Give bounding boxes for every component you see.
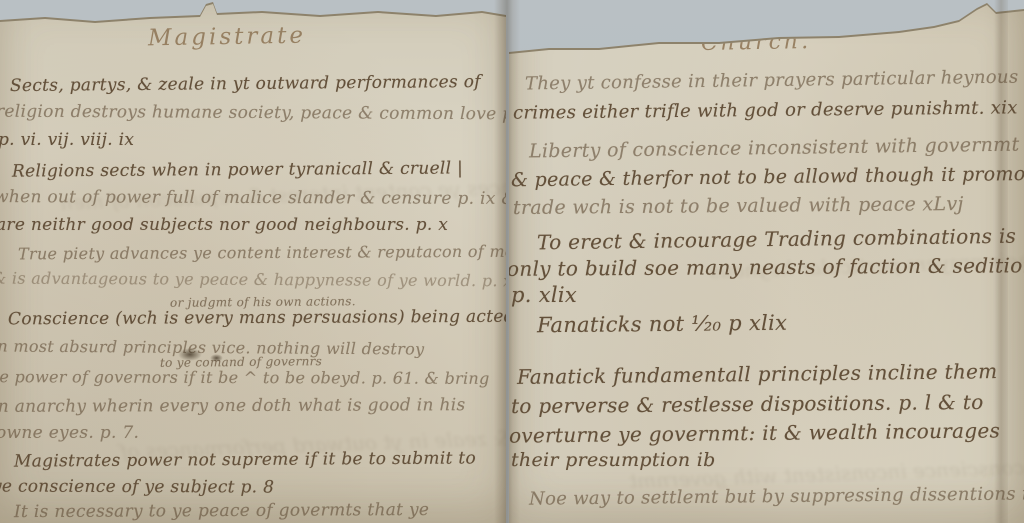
left-page-title: Magistrate <box>148 23 306 52</box>
manuscript-line: It is necessary to ye peace of govermts … <box>14 500 429 522</box>
ink-blot <box>178 348 202 361</box>
manuscript-line: p. xlix <box>511 283 577 307</box>
left-page: True piety advances ye content interest … <box>0 0 506 523</box>
manuscript-line: to perverse & restlesse dispositions. p.… <box>511 390 984 418</box>
manuscript-line: overturne ye governmt: it & wealth incou… <box>509 418 1000 447</box>
manuscript-line: Fanaticks not ¹⁄₂₀ p xlix <box>537 311 788 338</box>
manuscript-line: trade wch is not to be valued with peace… <box>513 193 964 219</box>
manuscript-line: in anarchy wherin every one doth what is… <box>0 395 466 417</box>
manuscript-scan: True piety advances ye content interest … <box>0 0 1024 523</box>
manuscript-line: To erect & incourage Trading combination… <box>537 224 1016 255</box>
manuscript-line: ye power of governors if it be ^ to be o… <box>0 367 490 388</box>
right-page: They yt confesse in their prayers partic… <box>509 0 1024 523</box>
manuscript-line: They yt confesse in their prayers partic… <box>525 67 1019 95</box>
manuscript-line: ye conscience of ye subject p. 8 <box>0 477 274 498</box>
manuscript-line: p. vi. vij. viij. ix <box>0 130 134 150</box>
manuscript-line: & is advantageous to ye peace & happynes… <box>0 269 546 291</box>
manuscript-line: True piety advances ye content interest … <box>18 242 525 264</box>
manuscript-line: religion destroys humane society, peace … <box>0 102 528 125</box>
manuscript-line: are neithr good subjects nor good neighb… <box>0 215 448 235</box>
ink-blot <box>210 354 223 362</box>
manuscript-line: Fanatick fundamentall principles incline… <box>517 359 998 389</box>
manuscript-line: Sects, partys, & zeale in yt outward per… <box>10 72 481 96</box>
manuscript-line: & peace & therfor not to be allowd thoug… <box>511 163 1024 192</box>
manuscript-line: Conscience (wch is every mans persuasion… <box>8 307 515 330</box>
manuscript-line: Liberty of conscience inconsistent with … <box>529 134 1020 163</box>
manuscript-line: crimes either trifle with god or deserve… <box>513 97 1018 123</box>
manuscript-line: owne eyes. p. 7. <box>0 423 139 443</box>
